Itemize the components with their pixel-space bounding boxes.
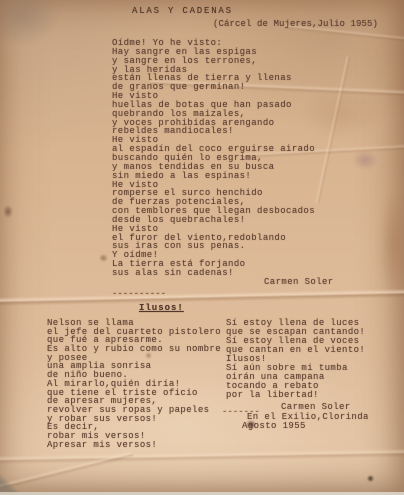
poem2-title: Ilusos!	[139, 303, 184, 313]
poem2-right-column: Sí estoy llena de lucesque se escapan ca…	[226, 319, 365, 400]
poem2-left-column: Nelson se llamael jefe del cuarteto pist…	[47, 319, 221, 449]
paper-stain	[99, 254, 108, 262]
poem-line: por la libertad!	[226, 391, 365, 400]
poem1-body: Oídme! Yo he visto:Hay sangre en las esp…	[112, 39, 315, 278]
paper-corner-shadow	[0, 475, 30, 493]
typewritten-poem-sheet: ALAS Y CADENAS (Cárcel de Mujeres,Julio …	[0, 0, 404, 495]
paper-crease	[0, 289, 404, 307]
paper-stain	[3, 205, 13, 218]
paper-stain	[0, 0, 62, 48]
poem2-date-line: Agosto 1955	[242, 421, 306, 431]
paper-stain	[352, 150, 378, 170]
poem1-title: ALAS Y CADENAS	[132, 6, 233, 16]
poem1-subtitle: (Cárcel de Mujeres,Julio 1955)	[213, 19, 378, 29]
paper-stain	[378, 190, 404, 300]
separator-dashes: ----------	[112, 289, 166, 299]
poem1-signature: Carmen Soler	[264, 277, 334, 287]
paper-crease	[0, 448, 404, 464]
paper-crease	[314, 56, 351, 204]
paper-stain	[367, 475, 374, 482]
poem2-signature: Carmen Soler	[281, 402, 351, 412]
poem-line: Apresar mis versos!	[47, 441, 221, 450]
